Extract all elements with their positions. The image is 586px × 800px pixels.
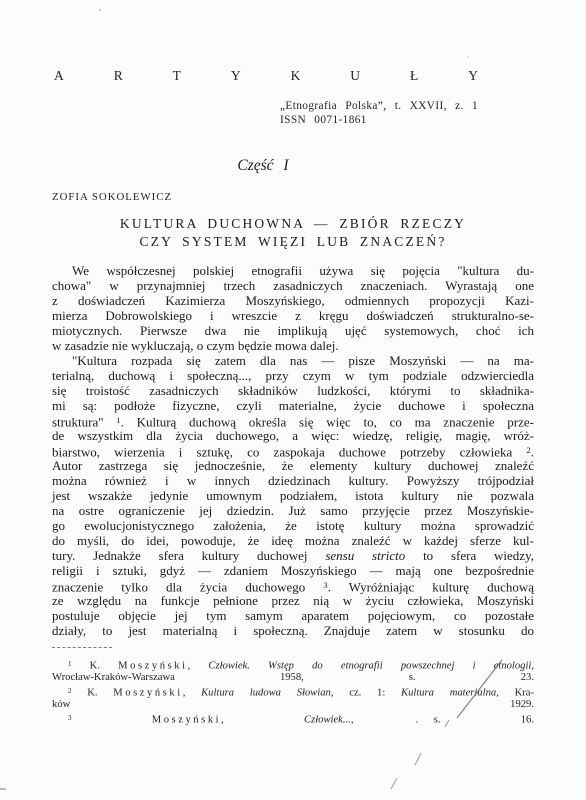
text-line: ze względu na funkcje pełnione przez nią…: [52, 593, 534, 608]
footnote-rule: [52, 647, 112, 648]
text-line: do myśli, do idei, powoduje, że ideę moż…: [52, 533, 534, 548]
text-line: mi są: podłoże fizyczne, czyli materialn…: [52, 398, 534, 413]
section-heading-letter: Y: [468, 68, 478, 84]
scanned-article-page: ARTYKUŁY „Etnografia Polska”, t. XXVII, …: [0, 0, 586, 800]
text-line: można również i w innych dziedzinach kul…: [52, 473, 534, 488]
text-line: działy, to jest materialną i społeczną. …: [52, 623, 534, 638]
section-heading-letter: A: [54, 68, 64, 84]
text-line: Wrocław-Kraków-Warszawa 1958, s. 23.: [52, 671, 534, 684]
text-line: biarstwo, wierzenia i sztukę, co zaspoka…: [52, 443, 534, 458]
text-line: We współczesnej polskiej etnografii używ…: [52, 263, 534, 278]
text-line: jest wszakże jedynie umownym podziałem, …: [52, 488, 534, 503]
section-heading-letter: K: [291, 68, 301, 84]
text-line: chowa" w przynajmniej trzech zasadniczyc…: [52, 278, 534, 293]
text-block: ARTYKUŁY „Etnografia Polska”, t. XXVII, …: [52, 0, 534, 725]
article-title: KULTURA DUCHOWNA — ZBIÓR RZECZY CZY SYST…: [52, 215, 534, 250]
text-line: go ewolucjonistycznego założenia, że ist…: [52, 518, 534, 533]
text-line: w zasadzie nie wykluczają, o czym będzie…: [52, 338, 534, 353]
text-line: struktura" 1. Kulturą duchową określa si…: [52, 413, 534, 428]
section-heading-letter: Y: [231, 68, 241, 84]
section-heading: ARTYKUŁY: [54, 68, 478, 84]
body-text: We współczesnej polskiej etnografii używ…: [52, 263, 534, 638]
title-line-2: CZY SYSTEM WIĘZI LUB ZNACZEŃ?: [52, 233, 534, 251]
issn-line: ISSN 0071-1861: [280, 113, 534, 127]
section-heading-letter: Ł: [410, 68, 418, 84]
text-line: postuluje objęcie jej tym samym aparatem…: [52, 608, 534, 623]
text-line: miotycznych. Pierwsze dwa nie implikują …: [52, 323, 534, 338]
title-line-1: KULTURA DUCHOWNA — ZBIÓR RZECZY: [52, 215, 534, 233]
masthead: „Etnografia Polska”, t. XXVII, z. 1 ISSN…: [280, 99, 534, 127]
text-line: się troistość zasadniczych składników lu…: [52, 383, 534, 398]
text-line: ków 1929.: [52, 698, 534, 711]
section-heading-letter: T: [173, 68, 181, 84]
text-line: "Kultura rozpada się zatem dla nas — pis…: [52, 353, 534, 368]
footnotes: 1 K. Moszyński, Człowiek. Wstęp do etnog…: [52, 658, 534, 725]
journal-volume-line: „Etnografia Polska”, t. XXVII, z. 1: [280, 99, 534, 113]
text-line: religii i sztuki, gdyż — zdaniem Moszyńs…: [52, 563, 534, 578]
text-line: 3 Moszyński, Człowiek..., s. 16.: [52, 712, 534, 725]
text-line: 1 K. Moszyński, Człowiek. Wstęp do etnog…: [52, 658, 534, 671]
text-line: Autor zastrzega się jednocześnie, że ele…: [52, 458, 534, 473]
text-line: de wszystkim dla życia duchowego, a więc…: [52, 428, 534, 443]
section-heading-letter: R: [114, 68, 123, 84]
text-line: na ostre ograniczenie jej dziedzin. Już …: [52, 503, 534, 518]
text-line: znaczenie tylko dla życia duchowego 3. W…: [52, 578, 534, 593]
text-line: terialną, duchową i społeczną..., przy c…: [52, 368, 534, 383]
text-line: z doświadczeń Kazimierza Moszyńskiego, o…: [52, 293, 534, 308]
author-name: ZOFIA SOKOLEWICZ: [52, 191, 534, 203]
text-line: 2 K. Moszyński, Kultura ludowa Słowian, …: [52, 685, 534, 698]
part-heading: Część I: [22, 157, 504, 175]
text-line: mierza Dobrowolskiego i wreszcie z kręgu…: [52, 308, 534, 323]
text-line: tury. Jednakże sfera kultury duchowej se…: [52, 548, 534, 563]
section-heading-letter: U: [350, 68, 360, 84]
